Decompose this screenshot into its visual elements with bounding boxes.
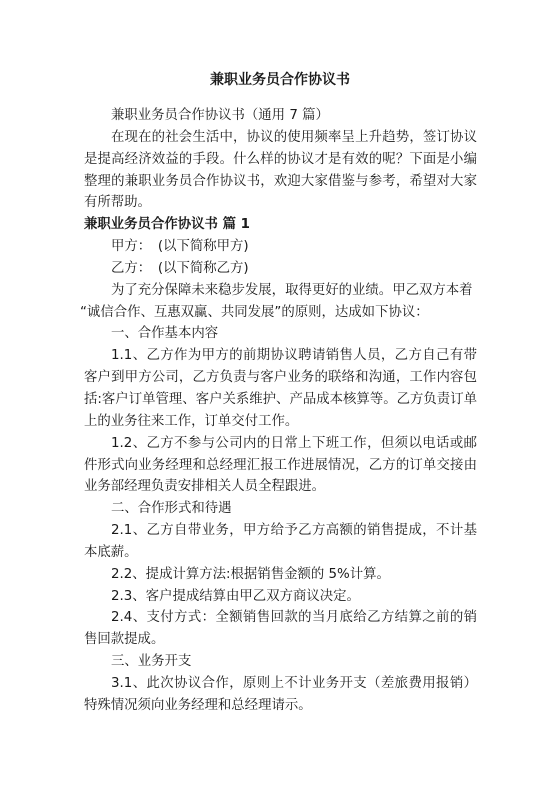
clause-heading-3: 三、业务开支	[84, 651, 477, 673]
clause-2-1: 2.1、乙方自带业务，甲方给予乙方高额的销售提成，不计基本底薪。	[84, 520, 477, 564]
clause-heading-2: 二、合作形式和待遇	[84, 498, 477, 520]
clause-1-1: 1.1、乙方作为甲方的前期协议聘请销售人员，乙方自己有带客户到甲方公司，乙方负责…	[84, 345, 477, 432]
document-page: 兼职业务员合作协议书 兼职业务员合作协议书（通用 7 篇） 在现在的社会生活中，…	[0, 0, 560, 792]
clause-heading-1: 一、合作基本内容	[84, 323, 477, 345]
preamble-line-1: 为了充分保障未来稳步发展，取得更好的业绩。甲乙双方本着	[84, 280, 477, 302]
document-body: 兼职业务员合作协议书（通用 7 篇） 在现在的社会生活中，协议的使用频率呈上升趋…	[84, 105, 477, 717]
document-subtitle: 兼职业务员合作协议书（通用 7 篇）	[84, 105, 477, 127]
section-heading: 兼职业务员合作协议书 篇 1	[84, 214, 477, 236]
intro-paragraph: 在现在的社会生活中，协议的使用频率呈上升趋势，签订协议是提高经济效益的手段。什么…	[84, 127, 477, 214]
clause-3-1: 3.1、此次协议合作，原则上不计业务开支（差旅费用报销）特殊情况须向业务经理和总…	[84, 673, 477, 717]
party-b-line: 乙方： (以下简称乙方)	[84, 258, 477, 280]
preamble-line-2: “诚信合作、互惠双赢、共同发展”的原则，达成如下协议：	[80, 302, 477, 324]
clause-1-2: 1.2、乙方不参与公司内的日常上下班工作，但须以电话或邮件形式向业务经理和总经理…	[84, 433, 477, 499]
clause-2-3: 2.3、客户提成结算由甲乙双方商议决定。	[84, 586, 477, 608]
party-a-line: 甲方： (以下简称甲方)	[84, 236, 477, 258]
document-title: 兼职业务员合作协议书	[0, 69, 560, 91]
clause-2-2: 2.2、提成计算方法:根据销售金额的 5%计算。	[84, 564, 477, 586]
clause-2-4: 2.4、支付方式：全额销售回款的当月底给乙方结算之前的销售回款提成。	[84, 607, 477, 651]
